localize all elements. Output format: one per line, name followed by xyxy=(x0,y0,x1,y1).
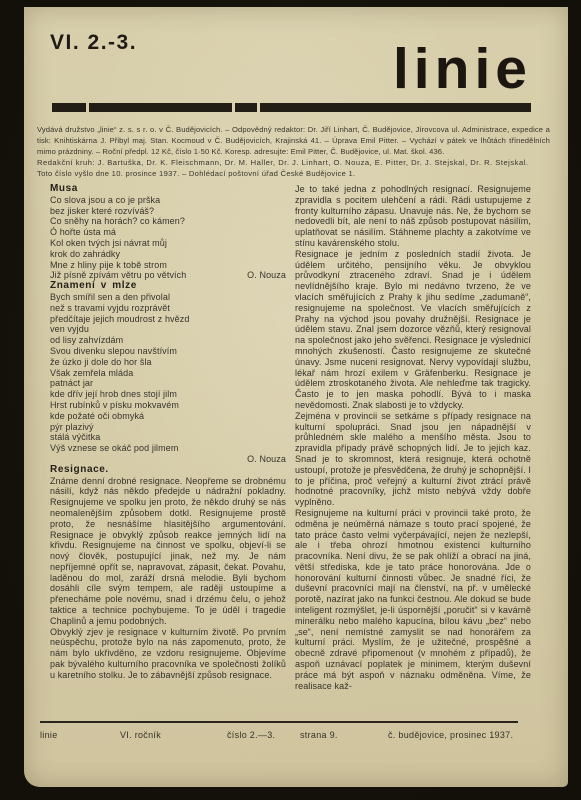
article-paragraph: Resignace je jedním z posledních stadií … xyxy=(295,249,531,411)
scan-background: VI. 2.-3. linie Vydává družstvo „linie“ … xyxy=(0,0,581,800)
poem-title-znameni: Znamení v mlze xyxy=(50,281,286,292)
masthead-issue-note: Toto číslo vyšlo dne 10. prosince 1937. … xyxy=(37,169,550,180)
rule-segment xyxy=(89,103,232,112)
header-rule xyxy=(52,103,531,112)
poem-title-musa: Musa xyxy=(50,184,286,195)
article-paragraph: Zejména v provincii se setkáme s případy… xyxy=(295,411,531,508)
footer-rule xyxy=(40,721,518,723)
magazine-logo: linie xyxy=(393,43,532,95)
footer-place-date: č. budějovice, prosinec 1937. xyxy=(388,730,513,740)
article-paragraph: Známe denní drobné resignace. Neopřeme s… xyxy=(50,476,286,627)
footer-page: strana 9. xyxy=(300,730,338,740)
article-paragraph: Resignujeme na kulturní práci v provinci… xyxy=(295,508,531,692)
issue-number: VI. 2.-3. xyxy=(50,31,137,55)
footer-volume: VI. ročník xyxy=(120,730,161,740)
poem-znameni-lines: Bych smířil sen a den přivolal než s tra… xyxy=(50,292,286,454)
right-column: Je to také jedna z pohodlných resignací.… xyxy=(295,184,531,720)
article-paragraph: Obvyklý zjev je resignace v kulturním ži… xyxy=(50,627,286,681)
footer-brand: linie xyxy=(40,730,58,740)
article-columns: Musa Co slova jsou a co je prška bez jis… xyxy=(50,184,532,720)
magazine-page: VI. 2.-3. linie Vydává družstvo „linie“ … xyxy=(24,7,568,787)
masthead-editors: Redakční kruh: J. Bartuška, Dr. K. Fleis… xyxy=(37,158,550,169)
rule-segment xyxy=(52,103,86,112)
footer-issue: číslo 2.—3. xyxy=(227,730,275,740)
left-column: Musa Co slova jsou a co je prška bez jis… xyxy=(50,184,286,720)
masthead-imprint: Vydává družstvo „linie“ z. s. s r. o. v … xyxy=(37,125,550,158)
article-title: Resignace. xyxy=(50,465,286,476)
rule-segment xyxy=(260,103,531,112)
masthead: Vydává družstvo „linie“ z. s. s r. o. v … xyxy=(37,125,550,180)
rule-segment xyxy=(235,103,257,112)
article-paragraph: Je to také jedna z pohodlných resignací.… xyxy=(295,184,531,249)
footer: linie VI. ročník číslo 2.—3. strana 9. č… xyxy=(24,730,568,744)
poem-musa-lines: Co slova jsou a co je prška bez jisker k… xyxy=(50,195,286,271)
poem-musa-author: O. Nouza xyxy=(247,270,286,281)
